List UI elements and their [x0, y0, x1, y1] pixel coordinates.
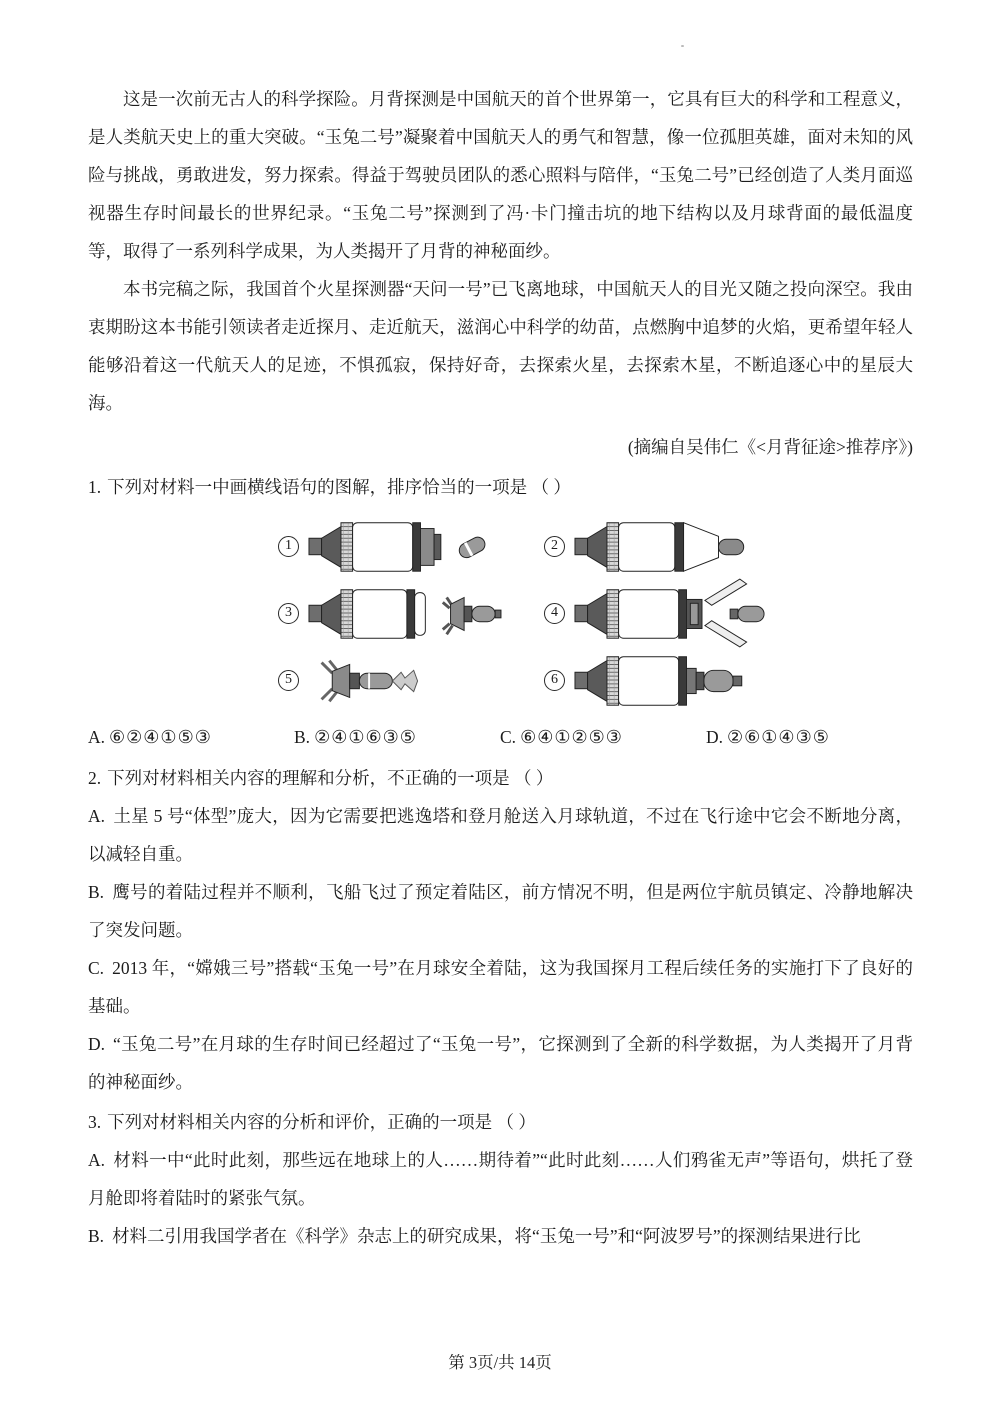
question-2-stem: 2.下列对材料相关内容的理解和分析，不正确的一项是 （ ） [88, 759, 913, 797]
circled-number-5: 5 [278, 670, 299, 691]
question-1-option-d: D.②⑥①④③⑤ [706, 718, 830, 757]
question-1-option-a: A.⑥②④①⑤③ [88, 718, 294, 757]
question-2-option-a: A.土星 5 号“体型”庞大，因为它需要把逃逸塔和登月舱送入月球轨道，不过在飞行… [88, 797, 913, 873]
rocket-and-lander-assembly-illustration [304, 581, 504, 645]
circled-number-3: 3 [278, 603, 299, 624]
question-2: 2.下列对材料相关内容的理解和分析，不正确的一项是 （ ） A.土星 5 号“体… [88, 759, 913, 1101]
circled-number-4: 4 [544, 603, 565, 624]
question-3-number: 3. [88, 1112, 101, 1132]
question-1-option-c: C.⑥④①②⑤③ [500, 718, 706, 757]
question-3-option-a: A.材料一中“此时此刻，那些远在地球上的人……期待着”“此时此刻……人们鸦雀无声… [88, 1141, 913, 1217]
question-2-option-c: C.2013 年，“嫦娥三号”搭载“玉兔一号”在月球安全着陆，这为我国探月工程后… [88, 949, 913, 1025]
question-1-stem: 1.下列对材料一中画横线语句的图解，排序恰当的一项是 （ ） [88, 468, 913, 506]
question-3-stem: 3.下列对材料相关内容的分析和评价，正确的一项是 （ ） [88, 1103, 913, 1141]
figure-item-6: 6 [544, 648, 772, 712]
exam-page: 这是一次前无古人的科学探险。月背探测是中国航天的首个世界第一，它具有巨大的科学和… [0, 0, 1000, 1415]
question-1-options: A.⑥②④①⑤③ B.②④①⑥③⑤ C.⑥④①②⑤③ D.②⑥①④③⑤ [88, 718, 913, 757]
question-1-number: 1. [88, 477, 101, 497]
circled-number-6: 6 [544, 670, 565, 691]
question-2-number: 2. [88, 768, 101, 788]
attribution: (摘编自吴伟仁《<月背征途>推荐序》) [88, 428, 913, 466]
question-3: 3.下列对材料相关内容的分析和评价，正确的一项是 （ ） A.材料一中“此时此刻… [88, 1103, 913, 1255]
full-rocket-illustration [570, 514, 770, 578]
lander-capsule-thrust-illustration [304, 648, 504, 712]
rocket-diagram-figure: 1 [278, 514, 778, 712]
rocket-shedding-fairings-illustration [570, 581, 770, 645]
paragraph-moon-exploration: 这是一次前无古人的科学探险。月背探测是中国航天的首个世界第一，它具有巨大的科学和… [88, 80, 913, 270]
rocket-with-separated-capsule-illustration [304, 514, 504, 578]
figure-item-5: 5 [278, 648, 506, 712]
question-1: 1.下列对材料一中画横线语句的图解，排序恰当的一项是 （ ） 1 [88, 468, 913, 757]
document-body: 这是一次前无古人的科学探险。月背探测是中国航天的首个世界第一，它具有巨大的科学和… [0, 0, 1000, 1255]
circled-number-2: 2 [544, 536, 565, 557]
question-1-option-b: B.②④①⑥③⑤ [294, 718, 500, 757]
scan-stray-mark [681, 45, 684, 47]
figure-item-3: 3 [278, 581, 506, 645]
question-3-option-b: B.材料二引用我国学者在《科学》杂志上的研究成果，将“玉兔一号”和“阿波罗号”的… [88, 1217, 913, 1255]
question-2-option-d: D.“玉兔二号”在月球的生存时间已经超过了“玉兔一号”，它探测到了全新的科学数据… [88, 1025, 913, 1101]
figure-item-1: 1 [278, 514, 506, 578]
page-footer: 第 3页/共 14页 [0, 1349, 1000, 1373]
circled-number-1: 1 [278, 536, 299, 557]
paragraph-book-epilogue: 本书完稿之际，我国首个火星探测器“天问一号”已飞离地球，中国航天人的目光又随之投… [88, 270, 913, 422]
figure-item-4: 4 [544, 581, 772, 645]
question-2-option-b: B.鹰号的着陆过程并不顺利，飞船飞过了预定着陆区，前方情况不明，但是两位宇航员镇… [88, 873, 913, 949]
rocket-with-attached-capsule-illustration [570, 648, 770, 712]
figure-item-2: 2 [544, 514, 772, 578]
